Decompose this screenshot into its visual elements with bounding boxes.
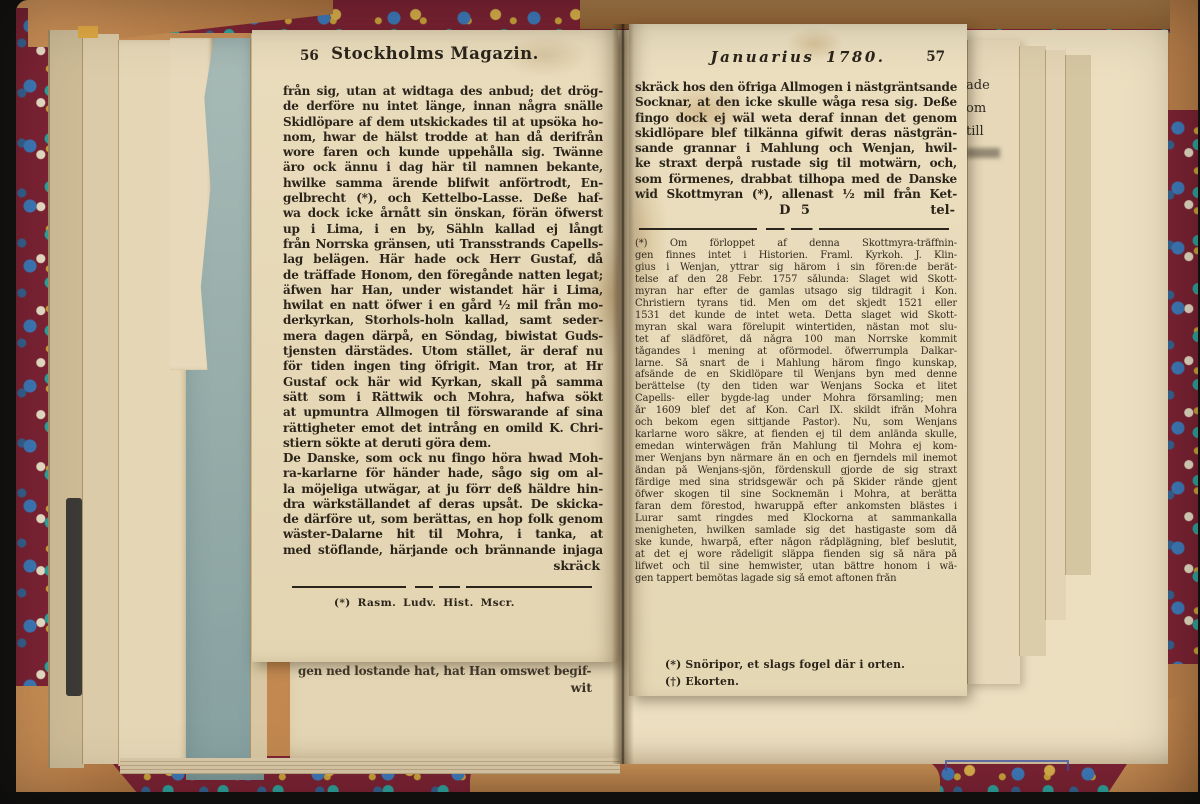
right-footnote-rule bbox=[639, 228, 949, 230]
text-line: wa dock icke årnått sin önskan, förän öf… bbox=[283, 206, 603, 221]
footnote-line: (†) Ekorten. bbox=[665, 673, 905, 690]
underlying-page-catchword: wit bbox=[571, 680, 592, 695]
text-line: at upmuntra Allmogen til förswarande af … bbox=[283, 405, 603, 420]
underlying-page-partial-line: gen ned lostande hat, hat Han omswet beg… bbox=[298, 664, 614, 678]
text-line: de derföre nu intet länge, innan några s… bbox=[283, 99, 603, 114]
footnote-line: faran dem förestod, hwaruppå efter ankom… bbox=[635, 501, 957, 513]
ink-stamp-outline bbox=[945, 760, 1069, 771]
right-page-number: 57 bbox=[926, 49, 945, 65]
footnote-line: gen tappert bemötas lagade sig så emot a… bbox=[635, 573, 957, 585]
text-line: up i Lima, i en by, Sähln kallad ej lång… bbox=[283, 222, 603, 237]
page-edge-right-3 bbox=[1045, 50, 1066, 620]
text-line: Gustaf ock här wid Kyrkan, skall på samm… bbox=[283, 375, 603, 390]
footnote-line: ske kunde, hwarpå, efter någon rådplägni… bbox=[635, 537, 957, 549]
footnote-line: (*) Snöripor, et slags fogel där i orten… bbox=[665, 656, 905, 673]
text-line: wid Skottmyran (*), allenast ½ mil från … bbox=[635, 187, 957, 202]
text-line: från sig, utan at widtaga des anbud; det… bbox=[283, 84, 603, 99]
footnote-line: myran har efter de gamlas utsago sig til… bbox=[635, 286, 957, 298]
footnote-line: emedan winterwägen från Mahlung til Mohr… bbox=[635, 441, 957, 453]
footnote-line: Christiern tyrans tid. Men om det skjedt… bbox=[635, 298, 957, 310]
signature-mark: D 5 bbox=[635, 203, 957, 218]
footnote-line: menigheten, hwilken samlade sig det hast… bbox=[635, 525, 957, 537]
text-line: stiern sökte at deruti göra dem. bbox=[283, 436, 603, 451]
photo-of-open-book: adeomtill gen ned lostande hat, hat Han … bbox=[0, 0, 1200, 804]
marbled-paper-right-board bbox=[1164, 110, 1198, 670]
text-line: dra wärkställandet af deras upsåt. De sk… bbox=[283, 497, 603, 512]
left-body-paragraph-1: från sig, utan at widtaga des anbud; det… bbox=[283, 84, 603, 451]
footnote-line: gen finnes intet i Historien. Framl. Kyr… bbox=[635, 250, 957, 262]
left-catchword: skräck bbox=[553, 558, 600, 573]
left-body-paragraph-2: De Danske, som ock nu fingo höra hwad Mo… bbox=[283, 451, 603, 558]
gutter-shadow bbox=[612, 24, 634, 764]
right-bottom-footnotes: (*) Snöripor, et slags fogel där i orten… bbox=[665, 656, 905, 690]
left-running-title: Stockholms Magazin. bbox=[252, 44, 618, 63]
page-edge-right-2 bbox=[1019, 46, 1046, 656]
text-line: la möjeliga utwägar, at ju förr deß häld… bbox=[283, 482, 603, 497]
footnote-line: (*) Om förloppet af denna Skottmyra-träf… bbox=[635, 238, 957, 250]
footnote-line: öfwer skogen til sine Socknemän i Mohra,… bbox=[635, 489, 957, 501]
text-line: derkyrkan, Storhols-holn kallad, samt se… bbox=[283, 313, 603, 328]
page-edge-right-4 bbox=[1065, 55, 1091, 575]
text-line: hwilat en natt öfwer i en gård ½ mil frå… bbox=[283, 298, 603, 313]
text-line: skräck hos den öfriga Allmogen i nästgrä… bbox=[635, 80, 957, 95]
footnote-line: lifwet och til sine hemwister, utan bätt… bbox=[635, 561, 957, 573]
right-long-footnote: (*) Om förloppet af denna Skottmyra-träf… bbox=[635, 238, 957, 585]
text-line: fingo dock ej wäl weta deraf innan det g… bbox=[635, 111, 957, 126]
text-line: de träffade Honom, den föregånde natten … bbox=[283, 268, 603, 283]
text-line: lag belägen. Här hade ock Herr Gustaf, d… bbox=[283, 252, 603, 267]
footnote-line: myran skal wara förelupit wintertiden, n… bbox=[635, 322, 957, 334]
footnote-line: Capells- eller bygde-lag under Mohra för… bbox=[635, 393, 957, 405]
text-line: de därföre ut, som berättas, en hop folk… bbox=[283, 512, 603, 527]
footnote-line: tågandes i mening at oförmodel. öfwerrum… bbox=[635, 346, 957, 358]
page-edge-left-2 bbox=[82, 34, 119, 764]
right-page: Januarius 1780. 57 skräck hos den öfriga… bbox=[629, 24, 967, 696]
fore-edge-ink-smudge bbox=[966, 148, 1000, 158]
footnote-line: karlarne woro säkre, at fienden ej til d… bbox=[635, 429, 957, 441]
footnote-line: afsände de en Skidlöpare til Wenjans byn… bbox=[635, 369, 957, 381]
footnote-line: telse af den 28 Febr. 1757 sålunda: Slag… bbox=[635, 274, 957, 286]
fore-edge-word: till bbox=[966, 120, 1016, 143]
text-line: rättigheter emot det intrång en omild K.… bbox=[283, 421, 603, 436]
text-line: äfwen har Han, under wistandet här i Lim… bbox=[283, 283, 603, 298]
text-line: mera dagen därpå, en Söndag, biwistat Gu… bbox=[283, 329, 603, 344]
text-line: äro ock ännu i dag här til namnen bekant… bbox=[283, 160, 603, 175]
text-line: ra-karlarne för händer hade, sågo sig om… bbox=[283, 466, 603, 481]
right-running-title: Januarius 1780. bbox=[629, 48, 967, 66]
text-line: tjensten därstädes. Utom stället, är der… bbox=[283, 344, 603, 359]
footnote-line: och bekom egen sittjande Pastor). Nu, so… bbox=[635, 417, 957, 429]
footnote-line: larne. Så snart de i Mahlung härom fingo… bbox=[635, 358, 957, 370]
left-footnote-rule bbox=[292, 586, 592, 588]
text-line: wore faren och kunde uppehålla sig. Twän… bbox=[283, 145, 603, 160]
text-line: Socknar, at den icke skulle wåga resa si… bbox=[635, 95, 957, 110]
text-line: sätt som i Rättwik och Mohra, hafwa sökt bbox=[283, 390, 603, 405]
fore-edge-word: ade bbox=[966, 74, 1016, 97]
text-line: sande grannar i Mahlung och Wenjan, hwil… bbox=[635, 141, 957, 156]
dark-page-sliver bbox=[66, 498, 82, 696]
footnote-line: gius i Wenjan, yttrar sig härom i sin fö… bbox=[635, 262, 957, 274]
footnote-line: tet af slädföret, då några 100 man Norrs… bbox=[635, 334, 957, 346]
text-line: wäster-Dalarne hit til Mohra, i tanka, a… bbox=[283, 527, 603, 542]
signature-row: D 5 tel- bbox=[635, 203, 957, 218]
footnote-line: at det ej wore rådeligit släppa fienden … bbox=[635, 549, 957, 561]
footnote-line: mer Wenjans byn närmare än en och en fje… bbox=[635, 453, 957, 465]
yellow-page-sliver bbox=[78, 26, 98, 38]
leather-edge-right-top bbox=[1170, 0, 1198, 115]
footnote-line: 1531 det kunde de intet weta. Detta slag… bbox=[635, 310, 957, 322]
text-line: De Danske, som ock nu fingo höra hwad Mo… bbox=[283, 451, 603, 466]
footnote-line: berättelse (ty den tiden war Wenjans Soc… bbox=[635, 381, 957, 393]
bottom-page-edges bbox=[120, 758, 620, 774]
footnote-line: Lurar samt ringdes med Klockorna at samm… bbox=[635, 513, 957, 525]
footnote-line: färdige med sina stridsgewär och på Skid… bbox=[635, 477, 957, 489]
text-line: för tiden ingen ting öfrigit. Man tror, … bbox=[283, 359, 603, 374]
text-line: med stöflande, härjande och brännande in… bbox=[283, 543, 603, 558]
table-surface bbox=[0, 792, 1200, 804]
text-line: Skidlöpare af dem utskickades til at ups… bbox=[283, 115, 603, 130]
text-line: skidlöpare blef tilkänna gifwit deras nä… bbox=[635, 126, 957, 141]
fore-edge-partial-text: adeomtill bbox=[966, 74, 1016, 143]
left-footnote: (*) Rasm. Ludv. Hist. Mscr. bbox=[334, 597, 515, 609]
footnote-line: ändan på Wenjans-sjön, fördenskull gjord… bbox=[635, 465, 957, 477]
text-line: hwilke samma ärende blifwit anförtrodt, … bbox=[283, 176, 603, 191]
right-body: skräck hos den öfriga Allmogen i nästgrä… bbox=[635, 80, 957, 202]
left-page: 56 Stockholms Magazin. från sig, utan at… bbox=[252, 30, 618, 662]
text-line: ke straxt derpå rustade sig til motwärn,… bbox=[635, 156, 957, 171]
right-catchword: tel- bbox=[930, 203, 955, 218]
footnote-line: år 1609 blef det af Kon. Carl IX. skildt… bbox=[635, 405, 957, 417]
text-line: gelbrecht (*), och Kettelbo-Lasse. Deße … bbox=[283, 191, 603, 206]
text-line: från Norrska gränsen, uti Transstrands C… bbox=[283, 237, 603, 252]
text-line: nom, hwar de hälst trodde at han då deri… bbox=[283, 130, 603, 145]
fore-edge-word: om bbox=[966, 97, 1016, 120]
text-line: som förmenes, drabbat tilhopa med de Dan… bbox=[635, 172, 957, 187]
